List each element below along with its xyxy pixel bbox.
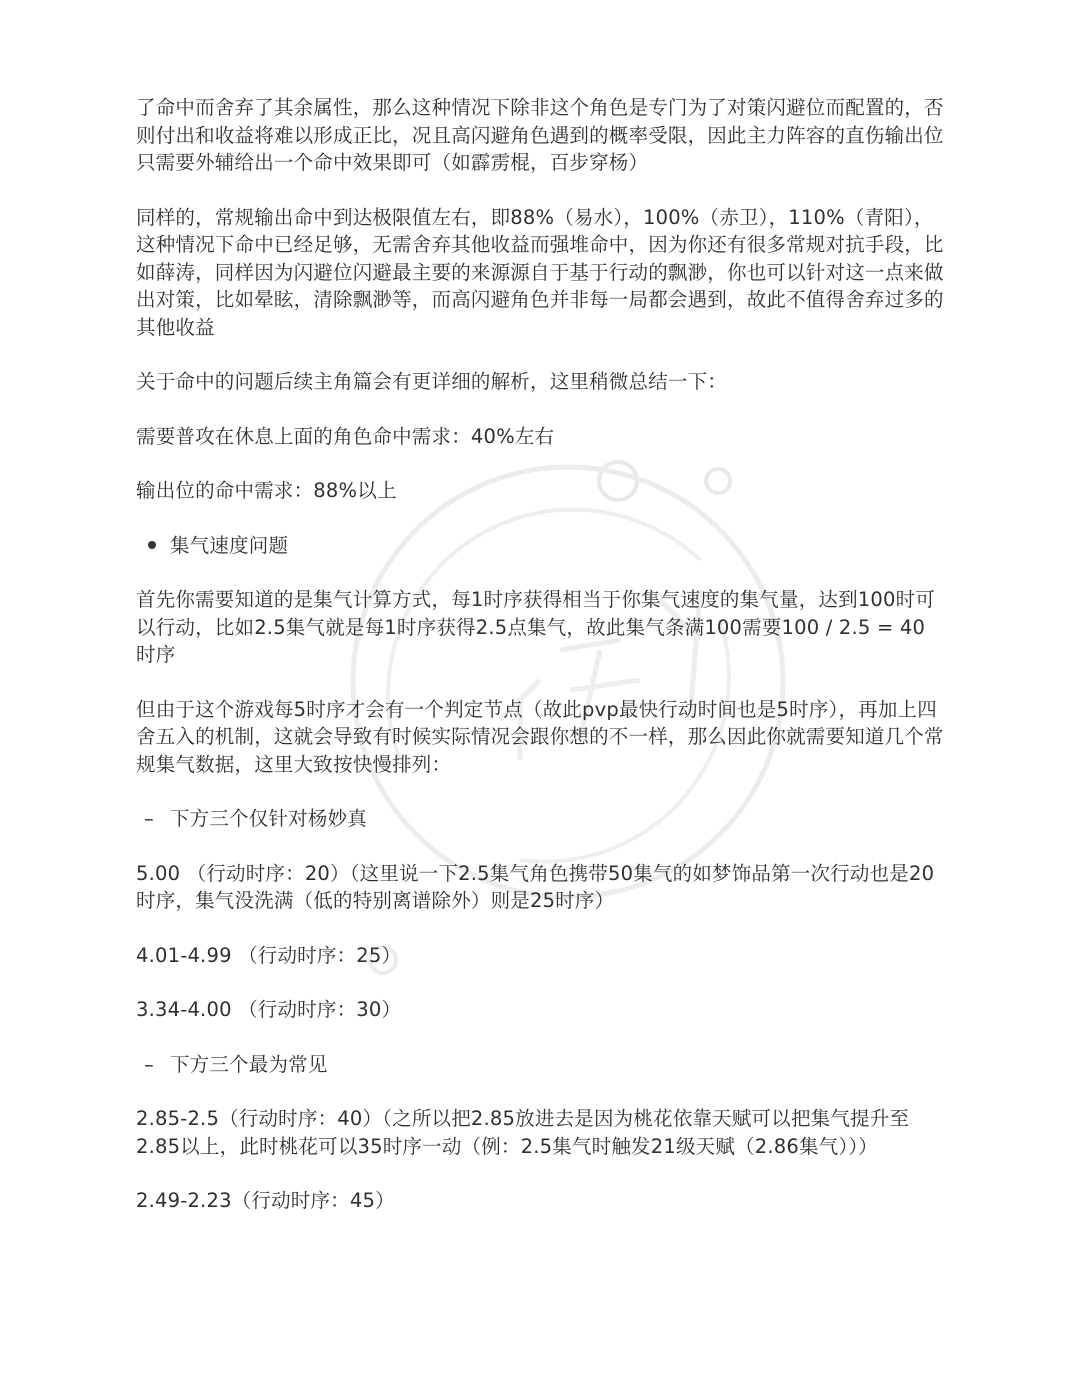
bullet-dot-icon: [148, 541, 156, 549]
paragraph: 5.00 （行动时序：20）（这里说一下2.5集气角色携带50集气的如梦饰品第一…: [136, 860, 944, 915]
paragraph: 关于命中的问题后续主角篇会有更详细的解析，这里稍微总结一下：: [136, 368, 944, 396]
paragraph: 同样的，常规输出命中到达极限值左右，即88%（易水），100%（赤卫），110%…: [136, 204, 944, 342]
paragraph: 2.85-2.5（行动时序：40）（之所以把2.85放进去是因为桃花依靠天赋可以…: [136, 1105, 944, 1160]
dash-item: – 下方三个仅针对杨妙真: [144, 805, 944, 833]
paragraph: 输出位的命中需求：88%以上: [136, 477, 944, 505]
paragraph: 4.01-4.99 （行动时序：25）: [136, 942, 944, 970]
dash-icon: –: [144, 805, 154, 833]
paragraph: 了命中而舍弃了其余属性，那么这种情况下除非这个角色是专门为了对策闪避位而配置的，…: [136, 94, 944, 177]
document-body: 了命中而舍弃了其余属性，那么这种情况下除非这个角色是专门为了对策闪避位而配置的，…: [136, 94, 944, 1242]
dash-icon: –: [144, 1051, 154, 1079]
dash-item: – 下方三个最为常见: [144, 1051, 944, 1079]
paragraph: 3.34-4.00 （行动时序：30）: [136, 996, 944, 1024]
dash-label: 下方三个仅针对杨妙真: [170, 805, 367, 833]
paragraph: 2.49-2.23（行动时序：45）: [136, 1187, 944, 1215]
bullet-heading: 集气速度问题: [148, 532, 944, 560]
paragraph: 但由于这个游戏每5时序才会有一个判定节点（故此pvp最快行动时间也是5时序），再…: [136, 696, 944, 779]
dash-label: 下方三个最为常见: [170, 1051, 328, 1079]
paragraph: 需要普攻在休息上面的角色命中需求：40%左右: [136, 423, 944, 451]
bullet-label: 集气速度问题: [170, 532, 288, 560]
paragraph: 首先你需要知道的是集气计算方式，每1时序获得相当于你集气速度的集气量，达到100…: [136, 586, 944, 669]
